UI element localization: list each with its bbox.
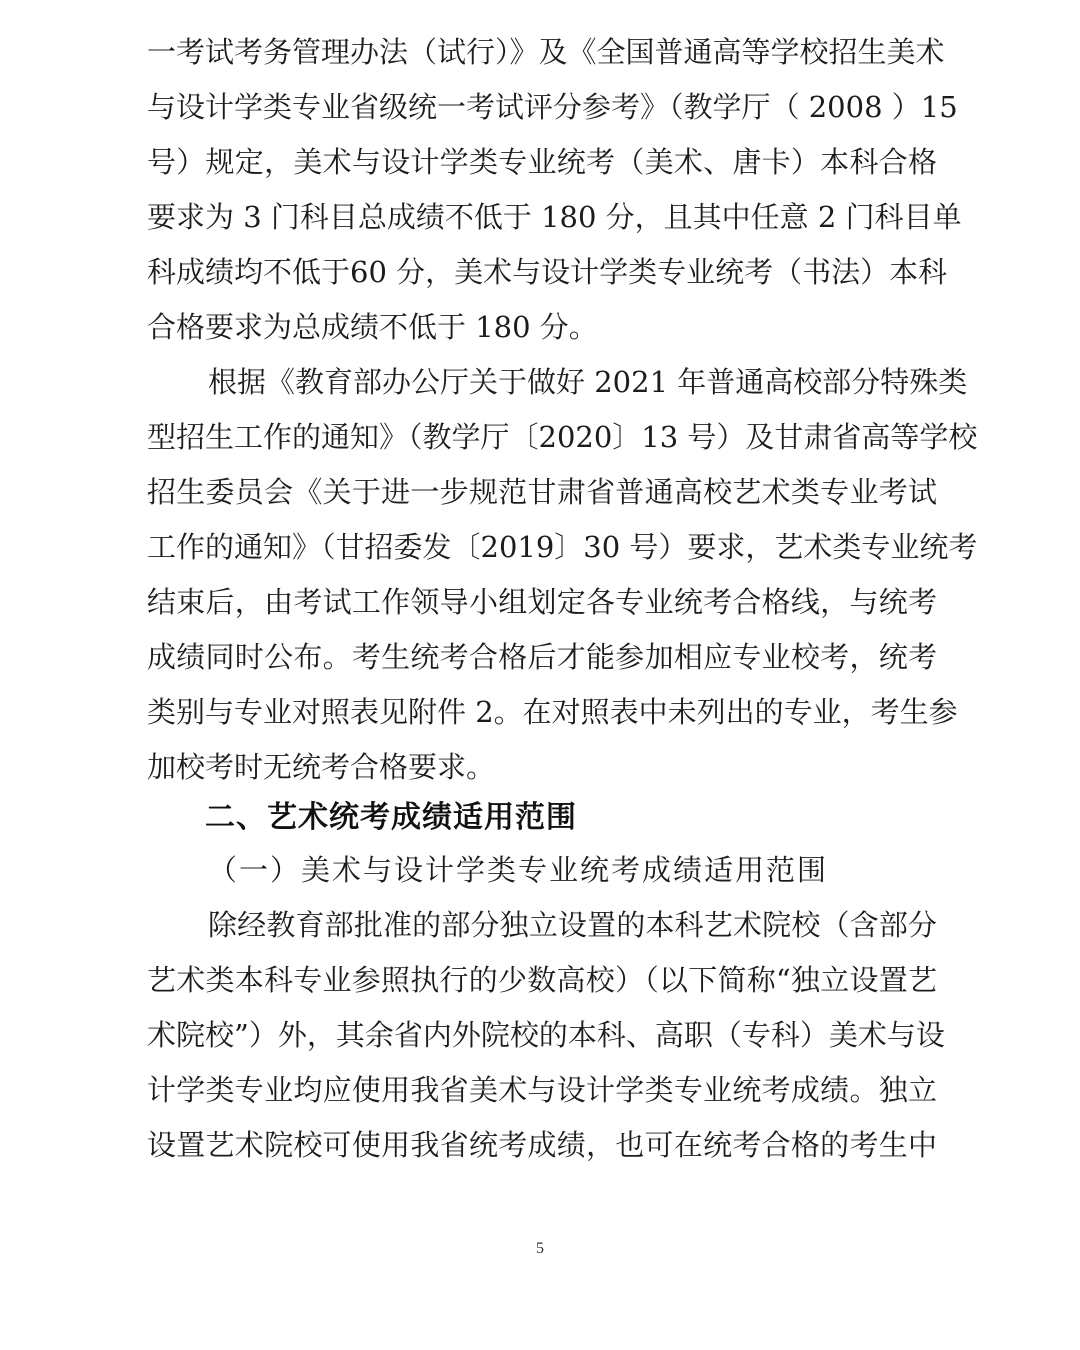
paragraph-1-line-6: 合格要求为总成绩不低于 180 分。 bbox=[147, 307, 937, 347]
paragraph-1-line-1: 一考试考务管理办法（试行）》及《全国普通高等学校招生美术 bbox=[147, 32, 937, 72]
paragraph-3-line-5: 设置艺术院校可使用我省统考成绩，也可在统考合格的考生中 bbox=[147, 1125, 937, 1165]
page-number: 5 bbox=[530, 1240, 550, 1258]
paragraph-1-line-5: 科成绩均不低于60 分，美术与设计学类专业统考（书法）本科 bbox=[147, 252, 937, 292]
paragraph-2-line-6: 成绩同时公布。考生统考合格后才能参加相应专业校考，统考 bbox=[147, 637, 937, 677]
paragraph-1-line-2: 与设计学类专业省级统一考试评分参考》（教学厅（ 2008 ）15 bbox=[147, 87, 937, 127]
paragraph-2-line-4: 工作的通知》（甘招委发〔2019〕30 号）要求，艺术类专业统考 bbox=[147, 527, 937, 567]
paragraph-2-line-2: 型招生工作的通知》（教学厅〔2020〕13 号）及甘肃省高等学校 bbox=[147, 417, 937, 457]
paragraph-2-line-7: 类别与专业对照表见附件 2。在对照表中未列出的专业，考生参 bbox=[147, 692, 937, 732]
paragraph-1-line-3: 号）规定，美术与设计学类专业统考（美术、唐卡）本科合格 bbox=[147, 142, 937, 182]
paragraph-3-line-2: 艺术类本科专业参照执行的少数高校）（以下简称“独立设置艺 bbox=[147, 960, 937, 1000]
document-page: 一考试考务管理办法（试行）》及《全国普通高等学校招生美术 与设计学类专业省级统一… bbox=[0, 0, 1080, 1350]
section-heading-2: 二、艺术统考成绩适用范围 bbox=[205, 798, 577, 838]
paragraph-3-line-1: 除经教育部批准的部分独立设置的本科艺术院校（含部分 bbox=[208, 905, 937, 945]
paragraph-3-line-4: 计学类专业均应使用我省美术与设计学类专业统考成绩。独立 bbox=[147, 1070, 937, 1110]
paragraph-2-line-5: 结束后，由考试工作领导小组划定各专业统考合格线，与统考 bbox=[147, 582, 937, 622]
paragraph-2-line-1: 根据《教育部办公厅关于做好 2021 年普通高校部分特殊类 bbox=[208, 362, 937, 402]
paragraph-2-line-3: 招生委员会《关于进一步规范甘肃省普通高校艺术类专业考试 bbox=[147, 472, 937, 512]
paragraph-3-line-3: 术院校”）外，其余省内外院校的本科、高职（专科）美术与设 bbox=[147, 1015, 937, 1055]
paragraph-1-line-4: 要求为 3 门科目总成绩不低于 180 分，且其中任意 2 门科目单 bbox=[147, 197, 937, 237]
paragraph-2-line-8: 加校考时无统考合格要求。 bbox=[147, 747, 937, 787]
subsection-heading-1: （一）美术与设计学类专业统考成绩适用范围 bbox=[208, 850, 828, 890]
